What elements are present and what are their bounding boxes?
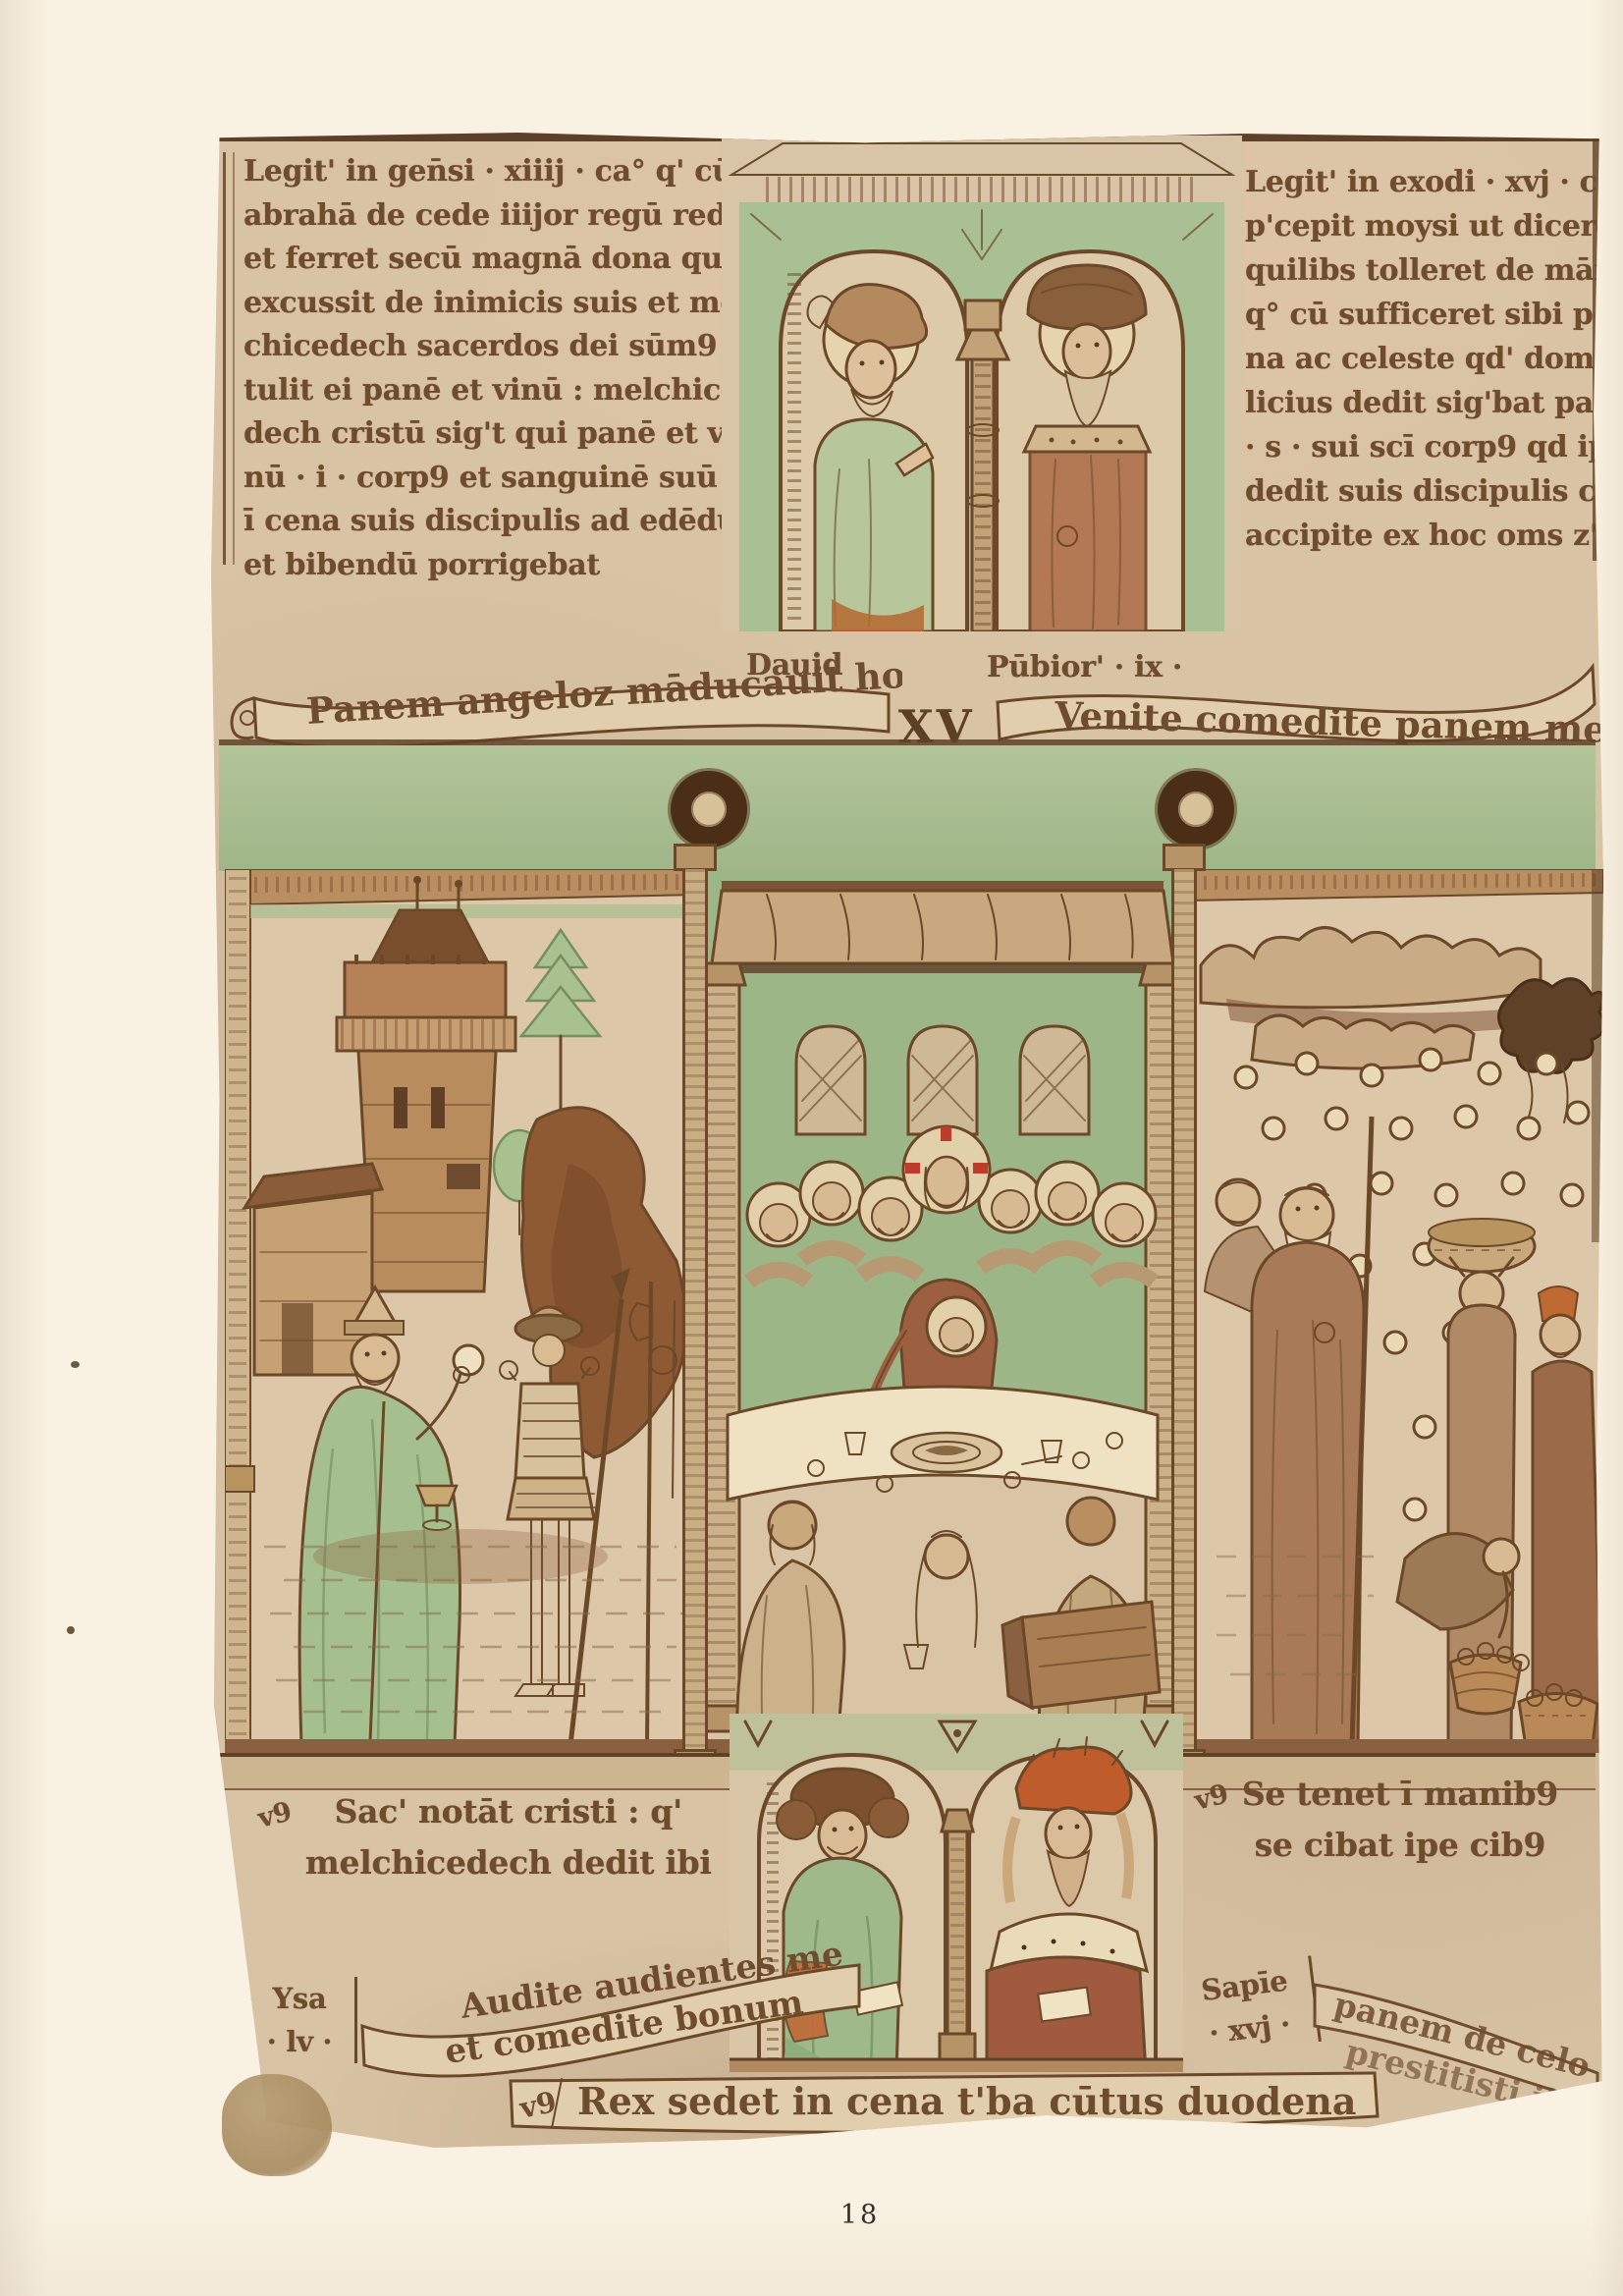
scanned-book-page: { "page": { "number": "18" }, "colors": … <box>0 0 1623 2296</box>
scene-gathering-manna <box>1187 869 1603 1753</box>
lection-line: licius dedit sig'bat panē <box>1245 381 1603 425</box>
scene-melchizedek-abraham <box>225 869 698 1753</box>
lection-line: accipite ex hoc oms z' <box>1245 514 1603 558</box>
column-capital <box>674 844 717 871</box>
lection-line: nū · i · corp9 et sanguinē suū <box>243 457 734 501</box>
lection-line: na ac celeste qd' dominus <box>1245 337 1603 381</box>
scene-top-prophets <box>722 136 1242 631</box>
lection-line: Legit' in gen̄si · xiiij · ca° q' cū <box>243 150 734 194</box>
lection-line: et ferret secū magnā dona quā <box>243 238 734 282</box>
versus-marker: v9 <box>1192 1778 1231 1816</box>
torn-stain <box>222 2074 332 2176</box>
lection-line: quilibs tolleret de māna ce <box>1245 248 1603 293</box>
source-sapientia: Sapīe · xvj · <box>1183 1955 1322 2056</box>
verse-line: se cibat ipe cib9 <box>1242 1820 1558 1871</box>
verse-left: v9 Sac' notāt cristi : q' melchicedech d… <box>258 1786 712 1888</box>
column-capital <box>1163 844 1206 871</box>
rosette-icon <box>671 771 747 847</box>
column-divider <box>1171 869 1197 1753</box>
verse-right: v9 Se tenet ī manib9 se cibat ipe cib9 <box>1195 1769 1558 1871</box>
lection-line: ī cena suis discipulis ad edēdū <box>243 500 734 544</box>
lection-line: q° cū sufficeret sibi p die u <box>1245 293 1603 337</box>
lection-line: dech cristū sig't qui panē et vi <box>243 412 734 457</box>
scene-last-supper <box>698 869 1187 1753</box>
source-chapter: · lv · <box>250 2020 349 2063</box>
source-isaiah: Ysa · lv · <box>250 1977 357 2063</box>
rosette-icon <box>1158 771 1234 847</box>
ink-speck <box>71 1361 80 1368</box>
verse-line: melchicedech dedit ibi <box>305 1837 712 1888</box>
print-top-edge <box>211 131 1603 141</box>
woodcut-print: Legit' in gen̄si · xiiij · ca° q' cū abr… <box>211 131 1603 2150</box>
versus-marker: v9 <box>255 1796 295 1833</box>
entablature <box>219 745 1596 871</box>
lection-line: p'cepit moysi ut diceret p <box>1245 204 1603 248</box>
lection-right: Legit' in exodi · xvj · ca° q' p'cepit m… <box>1245 160 1603 558</box>
lection-line: · s · sui scī corp9 qd ipe <box>1245 425 1603 469</box>
lection-line: dedit suis discipulis cū dicēs <box>1245 469 1603 514</box>
lection-line: abrahā de cede iiijor regū redijt <box>243 194 734 239</box>
lection-line: excussit de inimicis suis et mel <box>243 282 734 326</box>
verse-line: Se tenet ī manib9 <box>1242 1769 1558 1820</box>
lection-line: et bibendū porrigebat <box>243 544 734 588</box>
verse-text: Rex sedet in cena t'ba cūtus duodena <box>577 2079 1357 2123</box>
banderole-bottom-verse: v9 Rex sedet in cena t'ba cūtus duodena <box>501 2057 1384 2142</box>
verse-line: Sac' notāt cristi : q' <box>305 1786 712 1837</box>
lection-line: chicedech sacerdos dei sūm9 op <box>243 325 734 369</box>
lection-left: Legit' in gen̄si · xiiij · ca° q' cū abr… <box>243 150 734 587</box>
source-book: Ysa <box>250 1977 349 2020</box>
scroll-curl-icon <box>223 1998 251 2048</box>
lection-rule-left2 <box>233 152 235 565</box>
lection-rule-left <box>223 152 226 565</box>
folio-number: 18 <box>831 2200 890 2230</box>
ink-speck <box>67 1626 75 1634</box>
lection-line: tulit ei panē et vinū : melchice <box>243 369 734 413</box>
lection-line: Legit' in exodi · xvj · ca° q' <box>1245 160 1603 204</box>
column-divider <box>682 869 708 1753</box>
